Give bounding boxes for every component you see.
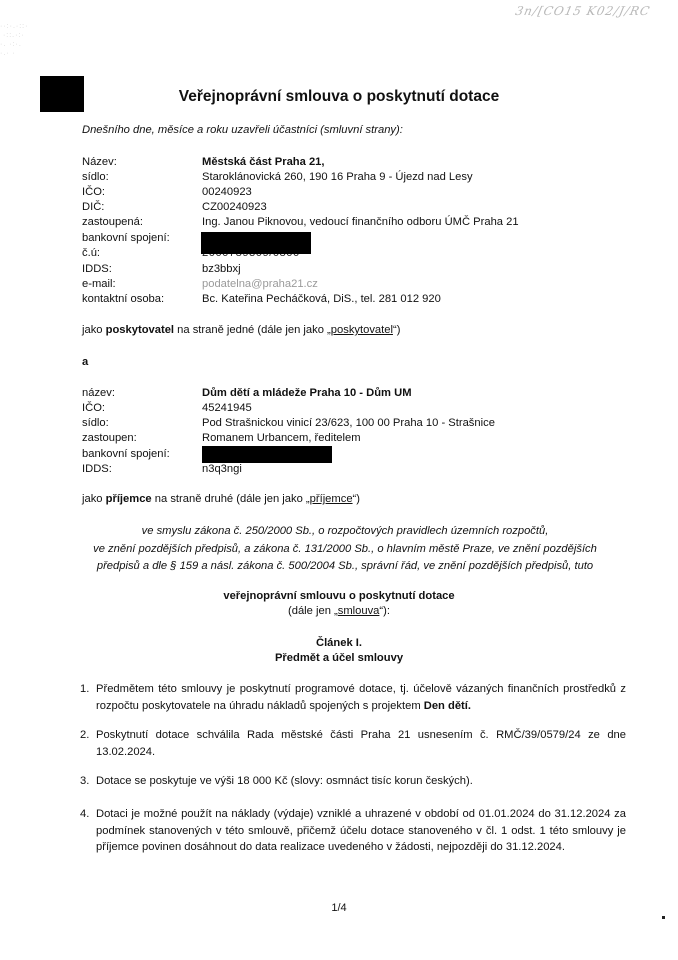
role-prefix: jako: [82, 324, 106, 336]
field-value: n3q3ngi: [202, 462, 242, 477]
item-text: Dotaci je možné použít na náklady (výdaj…: [96, 806, 626, 856]
field-value: 45241945: [202, 401, 252, 416]
field-label: zastoupená:: [82, 215, 202, 230]
short-name: smlouva: [338, 605, 380, 617]
field-label: IČO:: [82, 401, 202, 416]
legal-basis-line: předpisů a dle § 159 a násl. zákona č. 5…: [80, 558, 610, 576]
legal-basis: ve smyslu zákona č. 250/2000 Sb., o rozp…: [80, 523, 610, 576]
field-label: IDDS:: [82, 462, 202, 477]
item-text: Poskytnutí dotace schválila Rada městské…: [96, 727, 626, 760]
item-body: Předmětem této smlouvy je poskytnutí pro…: [96, 683, 626, 712]
field-value: Městská část Praha 21,: [202, 155, 325, 170]
intro-sentence: Dnešního dne, měsíce a roku uzavřeli úča…: [82, 124, 403, 136]
field-value: Dům dětí a mládeže Praha 10 - Dům UM: [202, 386, 412, 401]
role-suffix: “): [353, 493, 360, 505]
field-label: DIČ:: [82, 200, 202, 215]
legal-basis-line: ve znění pozdějších předpisů, a zákona č…: [80, 541, 610, 559]
recipient-role-sentence: jako příjemce na straně druhé (dále jen …: [82, 493, 360, 505]
field-label: sídlo:: [82, 416, 202, 431]
role-middle: na straně jedné (dále jen jako „: [174, 324, 331, 336]
role-term: příjemce: [106, 493, 152, 505]
redacted-bank-details: [202, 446, 332, 463]
field-label: IDDS:: [82, 262, 202, 277]
role-short-name: příjemce: [310, 493, 353, 505]
article-title: Předmět a účel smlouvy: [0, 651, 678, 666]
field-label: e-mail:: [82, 277, 202, 292]
field-value: 00240923: [202, 185, 252, 200]
article-number: Článek I.: [0, 636, 678, 651]
field-value: Romanem Urbancem, ředitelem: [202, 431, 361, 446]
conjunction: a: [82, 356, 88, 368]
document-title: Veřejnoprávní smlouva o poskytnutí dotac…: [0, 88, 678, 106]
field-label: bankovní spojení:: [82, 447, 202, 462]
item-number: 3.: [80, 773, 96, 790]
scan-speck: [662, 916, 665, 919]
faint-stamp-mark: ··:·.·::· ·::.·:· ·. ·:·. ·.· ·: [0, 22, 75, 72]
field-value: Bc. Kateřina Pecháčková, DiS., tel. 281 …: [202, 292, 441, 307]
role-suffix: “): [393, 324, 400, 336]
contract-short-name-line: (dále jen „smlouva“):: [0, 604, 678, 619]
field-label: Název:: [82, 155, 202, 170]
legal-basis-line: ve smyslu zákona č. 250/2000 Sb., o rozp…: [80, 523, 610, 541]
field-value: Ing. Janou Piknovou, vedoucí finančního …: [202, 215, 519, 230]
field-label: název:: [82, 386, 202, 401]
field-value: Staroklánovická 260, 190 16 Praha 9 - Új…: [202, 170, 473, 185]
item-number: 4.: [80, 806, 96, 823]
field-value: CZ00240923: [202, 200, 267, 215]
redacted-bank-details: [201, 232, 311, 254]
short-suffix: “):: [379, 605, 390, 617]
page-number: 1/4: [0, 902, 678, 914]
item-number: 2.: [80, 727, 96, 744]
item-number: 1.: [80, 681, 96, 698]
role-prefix: jako: [82, 493, 106, 505]
handwritten-reference-note: 3n/[CO15 K02/J/RC: [513, 4, 677, 24]
contract-name: veřejnoprávní smlouvu o poskytnutí dotac…: [0, 589, 678, 619]
short-prefix: (dále jen „: [288, 605, 338, 617]
role-middle: na straně druhé (dále jen jako „: [152, 493, 310, 505]
field-label: bankovní spojení:: [82, 231, 202, 246]
contract-name-line: veřejnoprávní smlouvu o poskytnutí dotac…: [0, 589, 678, 604]
field-label: kontaktní osoba:: [82, 292, 202, 307]
field-label: č.ú:: [82, 246, 202, 261]
field-value: Pod Strašnickou vinicí 23/623, 100 00 Pr…: [202, 416, 495, 431]
field-label: zastoupen:: [82, 431, 202, 446]
field-label: sídlo:: [82, 170, 202, 185]
article-heading: Článek I. Předmět a účel smlouvy: [0, 636, 678, 666]
role-short-name: poskytovatel: [331, 324, 393, 336]
role-term: poskytovatel: [106, 324, 174, 336]
field-value: bz3bbxj: [202, 262, 241, 277]
field-label: IČO:: [82, 185, 202, 200]
item-text: Dotace se poskytuje ve výši 18 000 Kč (s…: [96, 773, 626, 790]
project-name: Den dětí.: [424, 700, 471, 712]
email-link[interactable]: podatelna@praha21.cz: [202, 277, 318, 292]
item-text: Předmětem této smlouvy je poskytnutí pro…: [96, 681, 626, 714]
provider-role-sentence: jako poskytovatel na straně jedné (dále …: [82, 324, 400, 336]
